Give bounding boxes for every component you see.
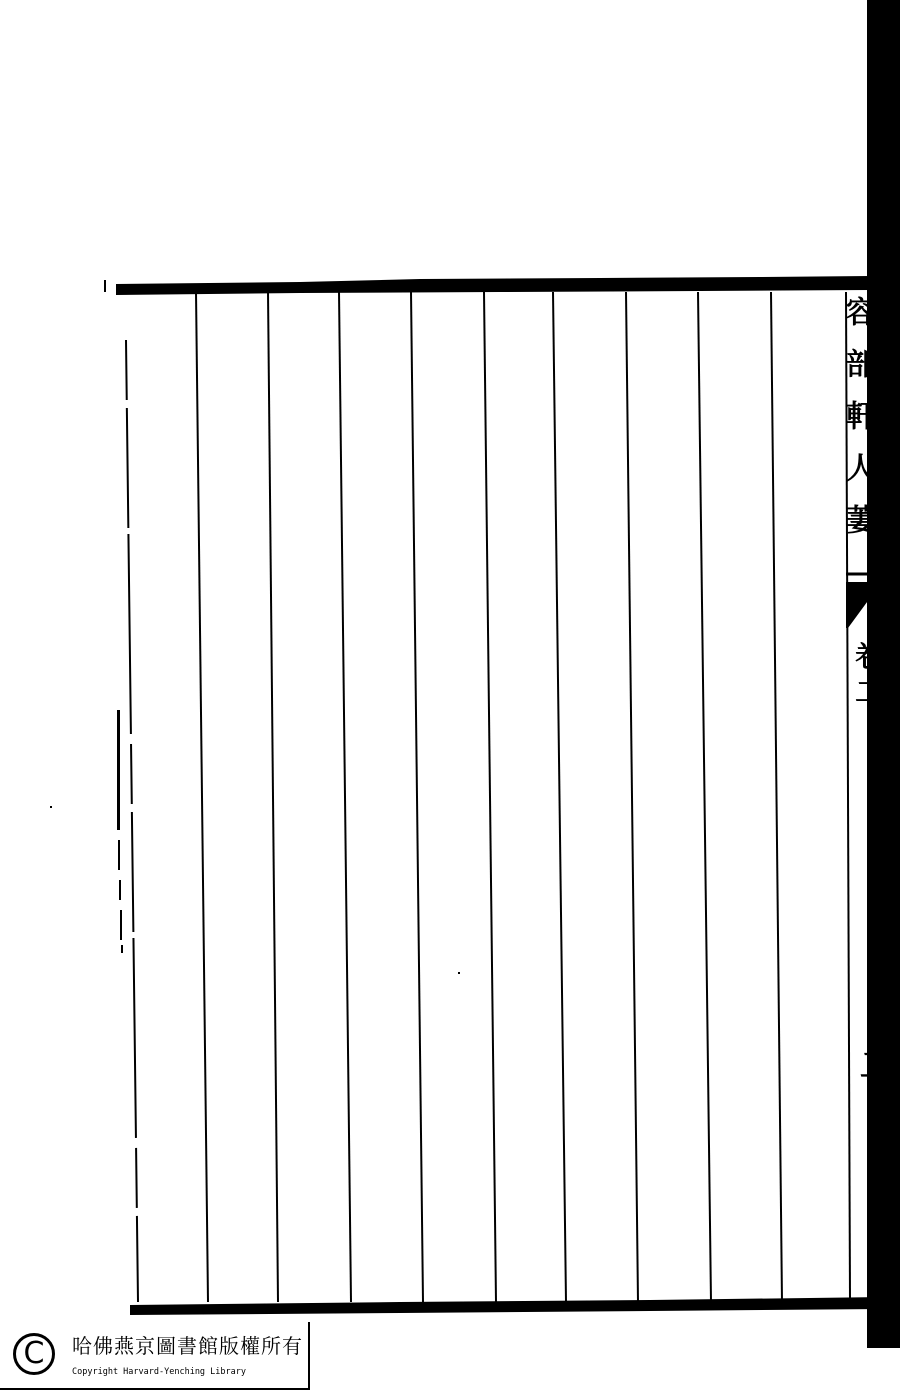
ruled-frame — [0, 0, 900, 1395]
binding-edge — [867, 0, 900, 1348]
juan-label: 卷二 — [846, 640, 867, 750]
column-rule — [698, 292, 711, 1302]
column-rule — [411, 292, 423, 1302]
column-rule — [268, 292, 278, 1302]
column-rule — [196, 292, 208, 1302]
column-rule — [626, 292, 638, 1302]
column-rules — [126, 292, 782, 1302]
left-border — [117, 710, 123, 953]
juan-label-text: 卷二 — [849, 640, 867, 712]
speck — [458, 972, 460, 974]
top-border — [116, 276, 870, 295]
column-rule — [126, 340, 138, 1302]
scanned-book-page: 容部軒人萋 卷二 二 C 哈佛燕京圖書館版權所有 Copyright Harva… — [0, 0, 900, 1395]
top-border-tick — [104, 280, 106, 292]
column-rule — [484, 292, 496, 1302]
column-rule — [553, 292, 566, 1302]
copyright-icon: C — [13, 1333, 55, 1375]
column-rule — [771, 292, 782, 1302]
leaf-title: 容部軒人萋 — [846, 292, 867, 582]
bottom-border — [130, 1297, 885, 1315]
leaf-title-text: 容部軒人萋 — [848, 296, 867, 556]
copyright-english: Copyright Harvard-Yenching Library — [72, 1367, 246, 1377]
speck — [50, 806, 52, 808]
copyright-stamp: C 哈佛燕京圖書館版權所有 Copyright Harvard-Yenching… — [0, 1322, 310, 1390]
copyright-chinese: 哈佛燕京圖書館版權所有 — [72, 1330, 303, 1359]
column-rule — [339, 292, 351, 1302]
